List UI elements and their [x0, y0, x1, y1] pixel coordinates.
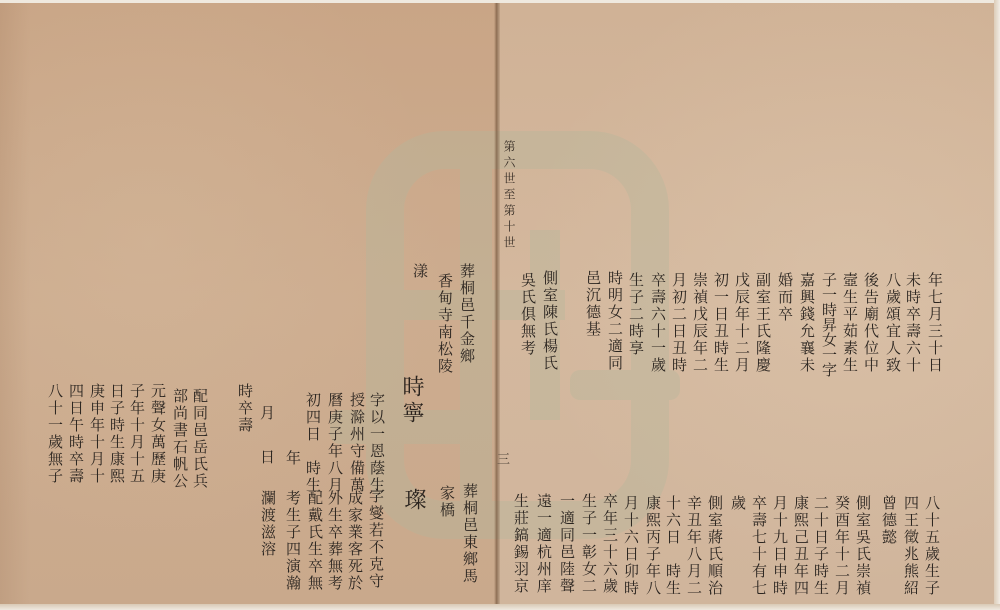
- page-edge-top: [0, 0, 1000, 3]
- text-column: 崇禎戊辰年二: [692, 272, 708, 374]
- text-column: 授滁州守備萬: [349, 392, 365, 494]
- text-column: 年七月三十日: [927, 272, 943, 374]
- folio-number: 三: [494, 452, 508, 467]
- text-column: 外生卒葬無考: [327, 490, 343, 592]
- text-column: 庚申年十月十: [89, 383, 105, 485]
- person-name: 時寧: [399, 375, 423, 427]
- text-column: 吳氏俱無考: [520, 272, 536, 357]
- text-column: 生子二時享: [628, 272, 644, 357]
- text-column: 副室王氏隆慶: [755, 272, 771, 374]
- text-column: 子年十月十五: [129, 383, 145, 485]
- date-placeholder-month: 月: [259, 405, 275, 422]
- text-column: 一適同邑陸聲: [559, 493, 575, 595]
- text-column: 四王徵兆熊紹: [903, 495, 919, 597]
- burial-text-column: 香甸寺南松陵: [437, 273, 453, 375]
- text-column: 部尚書石帆公: [172, 388, 188, 490]
- text-column: 初一日丑時生: [713, 272, 729, 374]
- text-column: 曾德懿: [881, 495, 897, 546]
- text-column: 曆庚子年八月: [327, 392, 343, 494]
- text-column: 婚而卒: [777, 272, 793, 323]
- text-column: 字以一恩蔭生: [369, 392, 385, 494]
- text-column: 卒年三十六歲: [602, 493, 618, 595]
- text-column: 卒壽七十有七: [751, 495, 767, 597]
- text-column: 八十五歲生子: [924, 495, 940, 597]
- burial-text-column: 家橋: [439, 485, 455, 519]
- text-column: 時卒壽: [237, 383, 253, 434]
- text-column: 八十一歲無子: [47, 383, 63, 485]
- text-column: 月初二日丑時: [671, 272, 687, 374]
- text-column: 生莊鎬錫羽京: [513, 493, 529, 595]
- text-column: 月十九日申時: [772, 495, 788, 597]
- text-column: 後告廟代位中: [863, 272, 879, 374]
- text-column: 字燮若不克守: [368, 488, 384, 590]
- text-column: 康熙己丑年四: [793, 495, 809, 597]
- text-column: 遠一適杭州庠: [536, 493, 552, 595]
- text-column: 月十六日卯時: [623, 495, 639, 597]
- text-column: 卒壽六十一歲: [650, 272, 666, 374]
- text-column: 配同邑岳氏兵: [192, 388, 208, 490]
- text-column: 側室陳氏楊氏: [542, 270, 558, 372]
- page-edge-right: [994, 0, 1000, 610]
- text-column: 十六日 時生: [665, 495, 681, 597]
- date-placeholder-year: 年: [285, 450, 301, 467]
- text-column: 歲: [730, 495, 746, 512]
- generation-range-label: 第六世至第十世: [502, 140, 515, 252]
- text-column: 康熙丙子年八: [645, 495, 661, 597]
- text-column: 日子時生康熙: [109, 383, 125, 485]
- date-placeholder-day: 日: [259, 449, 275, 466]
- text-column: 八歲頌宜人致: [885, 272, 901, 374]
- text-column: 辛丑年八月二: [686, 495, 702, 597]
- text-column: 初四日 時生: [305, 392, 321, 494]
- text-column: 瀾渡滋溶: [260, 490, 276, 558]
- text-column: 側室蔣氏順治: [707, 495, 723, 597]
- text-column: 四日午時卒壽: [68, 383, 84, 485]
- text-column: 成家業客死於: [347, 490, 363, 592]
- text-column: 考生子四演瀚: [285, 490, 301, 592]
- text-column: 癸酉年十二月: [834, 495, 850, 597]
- page-edge-bottom: [0, 604, 1000, 610]
- text-column: 未時卒壽六十: [905, 272, 921, 374]
- text-column: 側室吳氏崇禎: [855, 495, 871, 597]
- text-column: 漾: [412, 263, 428, 280]
- text-column: 時明女二適同: [607, 270, 623, 372]
- text-column: 嘉興錢允襄未: [799, 272, 815, 374]
- burial-text-column: 葬桐邑千金鄉: [459, 263, 475, 365]
- book-gutter-fold: [494, 0, 500, 610]
- text-column: 配戴氏生卒無: [307, 490, 323, 592]
- text-column: 子一時昇女一字: [821, 272, 837, 377]
- burial-text-column: 葬桐邑東鄉馬: [462, 483, 478, 585]
- text-column: 壼生平茹素生: [842, 272, 858, 374]
- text-column: 二十日子時生: [813, 495, 829, 597]
- text-column: 邑沉德基: [585, 270, 601, 338]
- text-column: 戊辰年十二月: [734, 272, 750, 374]
- text-column: 生子一彰女二: [581, 493, 597, 595]
- person-name: 璨: [401, 488, 425, 514]
- text-column: 元聲女萬歷庚: [150, 383, 166, 485]
